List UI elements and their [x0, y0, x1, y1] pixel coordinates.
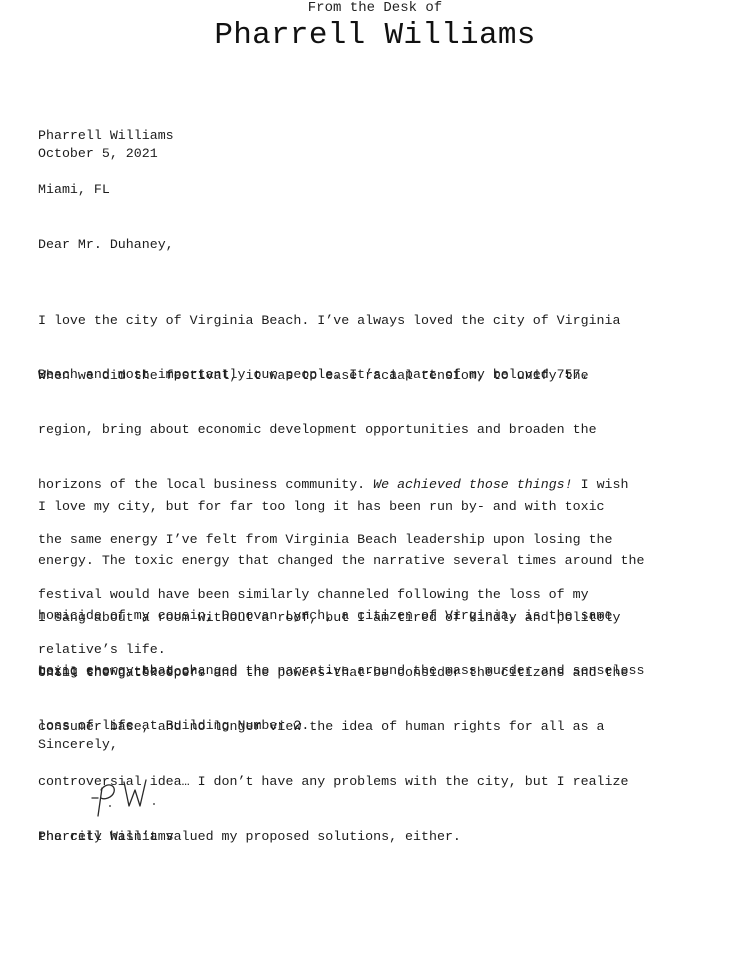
paragraph-line: consumer base, and no longer view the id…: [38, 718, 628, 736]
sender-location: Miami, FL: [38, 181, 174, 199]
paragraph-line: I sang about a room without a roof, but …: [38, 609, 621, 627]
paragraph-line: I love my city, but for far too long it …: [38, 498, 644, 516]
paragraph-line: I love the city of Virginia Beach. I’ve …: [38, 312, 621, 330]
letterhead-name: Pharrell Williams: [0, 18, 750, 54]
signed-name: Pharrell Williams: [38, 828, 174, 846]
salutation: Dear Mr. Duhaney,: [38, 236, 174, 254]
paragraph-line: energy. The toxic energy that changed th…: [38, 552, 644, 570]
letterhead-prefix: From the Desk of: [0, 0, 750, 16]
letter-date: October 5, 2021: [38, 145, 158, 163]
paragraph-line: When we did the festival, it was to ease…: [38, 367, 629, 385]
signature: [88, 772, 178, 822]
closing: Sincerely,: [38, 736, 118, 754]
sender-name: Pharrell Williams: [38, 127, 174, 145]
paragraph-line: Until the gatekeepers and the powers-tha…: [38, 664, 628, 682]
paragraph-line: region, bring about economic development…: [38, 421, 629, 439]
